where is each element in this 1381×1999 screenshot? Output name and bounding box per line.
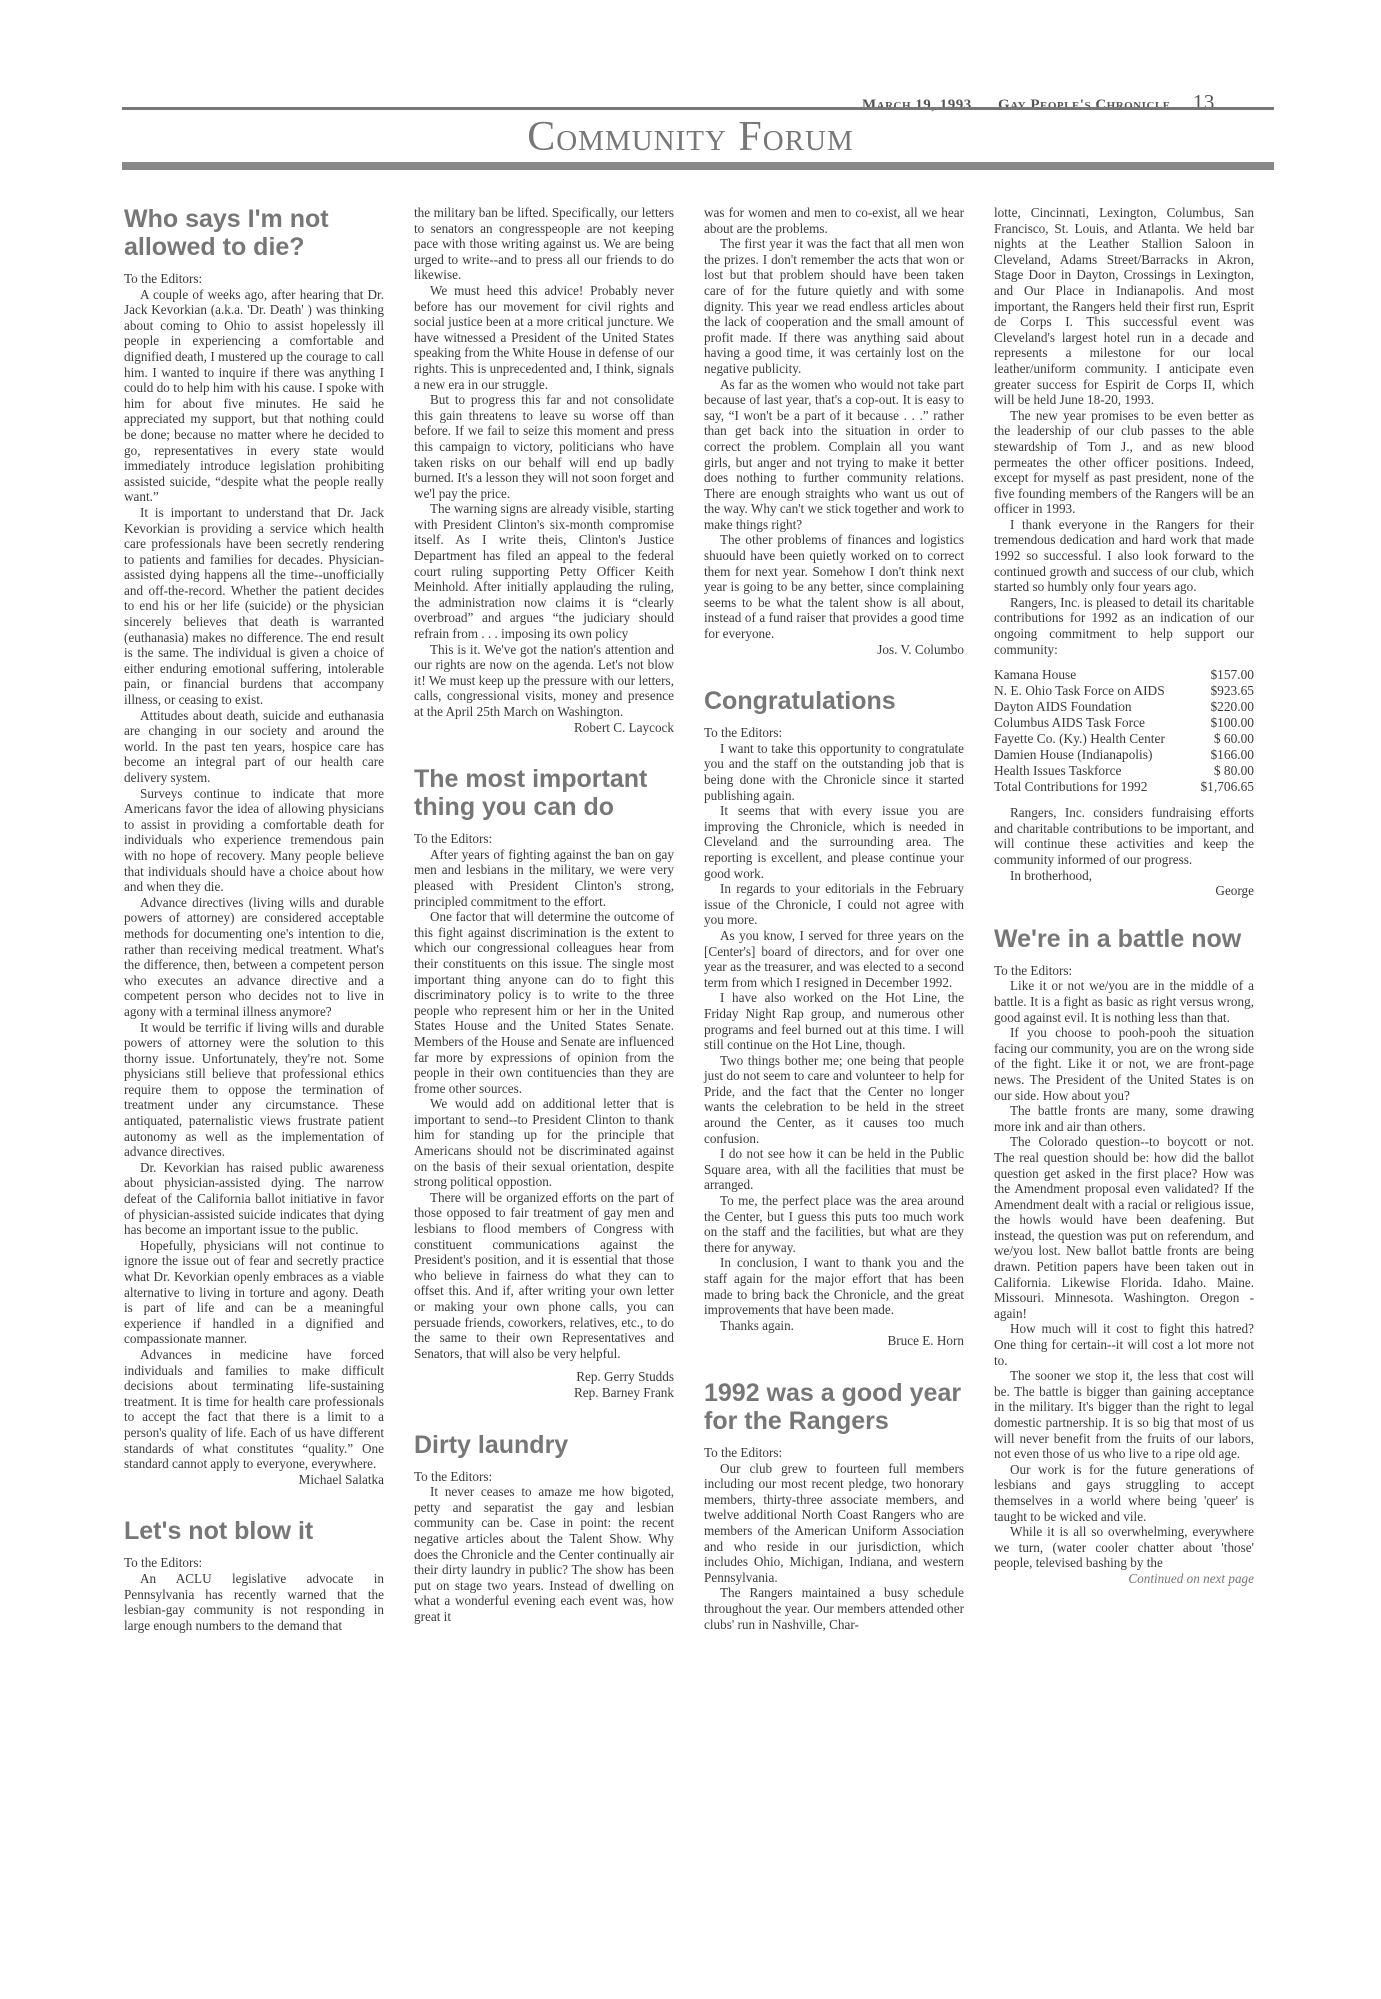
article-rangers: 1992 was a good year for the Rangers To …: [704, 1379, 964, 1632]
paragraph: We would add on additional letter that i…: [414, 1096, 674, 1190]
table-row: Columbus AIDS Task Force$100.00: [994, 715, 1254, 731]
amount: $100.00: [1192, 715, 1254, 731]
paragraph: As you know, I served for three years on…: [704, 928, 964, 990]
paragraph: To me, the perfect place was the area ar…: [704, 1193, 964, 1255]
paragraph: lotte, Cincinnati, Lexington, Columbus, …: [994, 205, 1254, 408]
paragraph: Two things bother me; one being that peo…: [704, 1053, 964, 1147]
paragraph: In conclusion, I want to thank you and t…: [704, 1255, 964, 1317]
recipient: Kamana House: [994, 667, 1192, 683]
paragraph: This is it. We've got the nation's atten…: [414, 642, 674, 720]
paragraph: I have also worked on the Hot Line, the …: [704, 990, 964, 1052]
recipient: Total Contributions for 1992: [994, 779, 1192, 795]
paragraph: While it is all so overwhelming, everywh…: [994, 1524, 1254, 1571]
paragraph: Advances in medicine have forced individ…: [124, 1347, 384, 1472]
recipient: Dayton AIDS Foundation: [994, 699, 1192, 715]
paragraph: It never ceases to amaze me how bigoted,…: [414, 1484, 674, 1624]
article-headline: Let's not blow it: [124, 1517, 384, 1545]
article-headline: 1992 was a good year for the Rangers: [704, 1379, 964, 1435]
signature: Rep. Barney Frank: [414, 1385, 674, 1401]
paragraph: It seems that with every issue you are i…: [704, 803, 964, 881]
paragraph: The warning signs are already visible, s…: [414, 501, 674, 641]
signature: George: [994, 883, 1254, 899]
top-rule: [122, 107, 1274, 110]
amount: $157.00: [1192, 667, 1254, 683]
column-1: Who says I'm not allowed to die? To the …: [124, 205, 384, 1663]
salutation: To the Editors:: [704, 1445, 964, 1461]
page-number: 13: [1193, 90, 1215, 114]
table-row: Fayette Co. (Ky.) Health Center$ 60.00: [994, 731, 1254, 747]
masthead-line: March 19, 1993 Gay People's Chronicle 13: [862, 90, 1215, 115]
amount: $ 60.00: [1192, 731, 1254, 747]
paragraph: The new year promises to be even better …: [994, 408, 1254, 517]
paragraph: Rangers, Inc. is pleased to detail its c…: [994, 595, 1254, 657]
paragraph: Dr. Kevorkian has raised public awarenes…: [124, 1160, 384, 1238]
table-row: Damien House (Indianapolis)$166.00: [994, 747, 1254, 763]
amount: $166.00: [1192, 747, 1254, 763]
column-4: lotte, Cincinnati, Lexington, Columbus, …: [994, 205, 1254, 1617]
paragraph: It would be terrific if living wills and…: [124, 1020, 384, 1160]
amount: $923.65: [1192, 683, 1254, 699]
paragraph: was for women and men to co-exist, all w…: [704, 205, 964, 236]
paragraph: I want to take this opportunity to congr…: [704, 741, 964, 803]
paragraph: Surveys continue to indicate that more A…: [124, 786, 384, 895]
paragraph: A couple of weeks ago, after hearing tha…: [124, 287, 384, 505]
article-headline: The most important thing you can do: [414, 765, 674, 821]
paragraph: I do not see how it can be held in the P…: [704, 1146, 964, 1193]
signature: Jos. V. Columbo: [704, 642, 964, 658]
paragraph: The sooner we stop it, the less that cos…: [994, 1368, 1254, 1462]
paragraph: Rangers, Inc. considers fundraising effo…: [994, 805, 1254, 867]
contributions-table: Kamana House$157.00 N. E. Ohio Task Forc…: [994, 667, 1254, 795]
table-row: Health Issues Taskforce$ 80.00: [994, 763, 1254, 779]
signature: Michael Salatka: [124, 1472, 384, 1488]
paragraph: But to progress this far and not consoli…: [414, 392, 674, 501]
article-who-says-im-not-allowed-to-die: Who says I'm not allowed to die? To the …: [124, 205, 384, 1487]
paragraph: As far as the women who would not take p…: [704, 377, 964, 533]
article-lets-not-blow-it-continued: the military ban be lifted. Specifically…: [414, 205, 674, 735]
article-dirty-laundry-continued: was for women and men to co-exist, all w…: [704, 205, 964, 657]
paragraph: The first year it was the fact that all …: [704, 236, 964, 376]
salutation: To the Editors:: [124, 271, 384, 287]
article-headline: We're in a battle now: [994, 925, 1254, 953]
paragraph: How much will it cost to fight this hatr…: [994, 1321, 1254, 1368]
recipient: N. E. Ohio Task Force on AIDS: [994, 683, 1192, 699]
paragraph: Our work is for the future generations o…: [994, 1462, 1254, 1524]
paragraph: After years of fighting against the ban …: [414, 847, 674, 909]
paragraph: There will be organized efforts on the p…: [414, 1190, 674, 1362]
amount: $220.00: [1192, 699, 1254, 715]
signature: Robert C. Laycock: [414, 720, 674, 736]
paragraph: Attitudes about death, suicide and eutha…: [124, 708, 384, 786]
article-lets-not-blow-it: Let's not blow it To the Editors: An ACL…: [124, 1517, 384, 1633]
paragraph: The battle fronts are many, some drawing…: [994, 1103, 1254, 1134]
article-headline: Who says I'm not allowed to die?: [124, 205, 384, 261]
salutation: To the Editors:: [124, 1555, 384, 1571]
paragraph: the military ban be lifted. Specifically…: [414, 205, 674, 283]
article-battle-now: We're in a battle now To the Editors: Li…: [994, 925, 1254, 1587]
recipient: Fayette Co. (Ky.) Health Center: [994, 731, 1192, 747]
paragraph: In regards to your editorials in the Feb…: [704, 881, 964, 928]
paragraph: In brotherhood,: [994, 868, 1254, 884]
amount: $1,706.65: [1192, 779, 1254, 795]
paragraph: An ACLU legislative advocate in Pennsylv…: [124, 1571, 384, 1633]
column-2: the military ban be lifted. Specifically…: [414, 205, 674, 1655]
recipient: Columbus AIDS Task Force: [994, 715, 1192, 731]
salutation: To the Editors:: [994, 963, 1254, 979]
paragraph: One factor that will determine the outco…: [414, 909, 674, 1096]
amount: $ 80.00: [1192, 763, 1254, 779]
paragraph: Thanks again.: [704, 1318, 964, 1334]
paragraph: Advance directives (living wills and dur…: [124, 895, 384, 1020]
paragraph: I thank everyone in the Rangers for thei…: [994, 517, 1254, 595]
article-rangers-continued: lotte, Cincinnati, Lexington, Columbus, …: [994, 205, 1254, 899]
recipient: Damien House (Indianapolis): [994, 747, 1192, 763]
salutation: To the Editors:: [704, 725, 964, 741]
salutation: To the Editors:: [414, 831, 674, 847]
paragraph: If you choose to pooh-pooh the situation…: [994, 1025, 1254, 1103]
bottom-rule: [122, 162, 1274, 170]
publication-name: Gay People's Chronicle: [998, 97, 1171, 113]
article-congratulations: Congratulations To the Editors: I want t…: [704, 687, 964, 1349]
paragraph: Hopefully, physicians will not continue …: [124, 1238, 384, 1347]
paragraph: We must heed this advice! Probably never…: [414, 283, 674, 392]
signature-block: Rep. Gerry Studds Rep. Barney Frank: [414, 1369, 674, 1400]
issue-date: March 19, 1993: [862, 97, 972, 113]
article-dirty-laundry: Dirty laundry To the Editors: It never c…: [414, 1431, 674, 1625]
table-row: Kamana House$157.00: [994, 667, 1254, 683]
table-row: N. E. Ohio Task Force on AIDS$923.65: [994, 683, 1254, 699]
section-title: Community Forum: [0, 113, 1381, 161]
paragraph: The other problems of finances and logis…: [704, 532, 964, 641]
article-headline: Congratulations: [704, 687, 964, 715]
paragraph: The Colorado question--to boycott or not…: [994, 1134, 1254, 1321]
signature: Rep. Gerry Studds: [414, 1369, 674, 1385]
paragraph: Our club grew to fourteen full members i…: [704, 1461, 964, 1586]
recipient: Health Issues Taskforce: [994, 763, 1192, 779]
paragraph: Like it or not we/you are in the middle …: [994, 978, 1254, 1025]
column-3: was for women and men to co-exist, all w…: [704, 205, 964, 1662]
paragraph: The Rangers maintained a busy schedule t…: [704, 1585, 964, 1632]
signature: Bruce E. Horn: [704, 1333, 964, 1349]
table-row: Dayton AIDS Foundation$220.00: [994, 699, 1254, 715]
article-headline: Dirty laundry: [414, 1431, 674, 1459]
continued-on-next-page-link[interactable]: Continued on next page: [994, 1571, 1254, 1587]
salutation: To the Editors:: [414, 1469, 674, 1485]
paragraph: It is important to understand that Dr. J…: [124, 505, 384, 708]
table-row-total: Total Contributions for 1992$1,706.65: [994, 779, 1254, 795]
article-most-important-thing: The most important thing you can do To t…: [414, 765, 674, 1400]
